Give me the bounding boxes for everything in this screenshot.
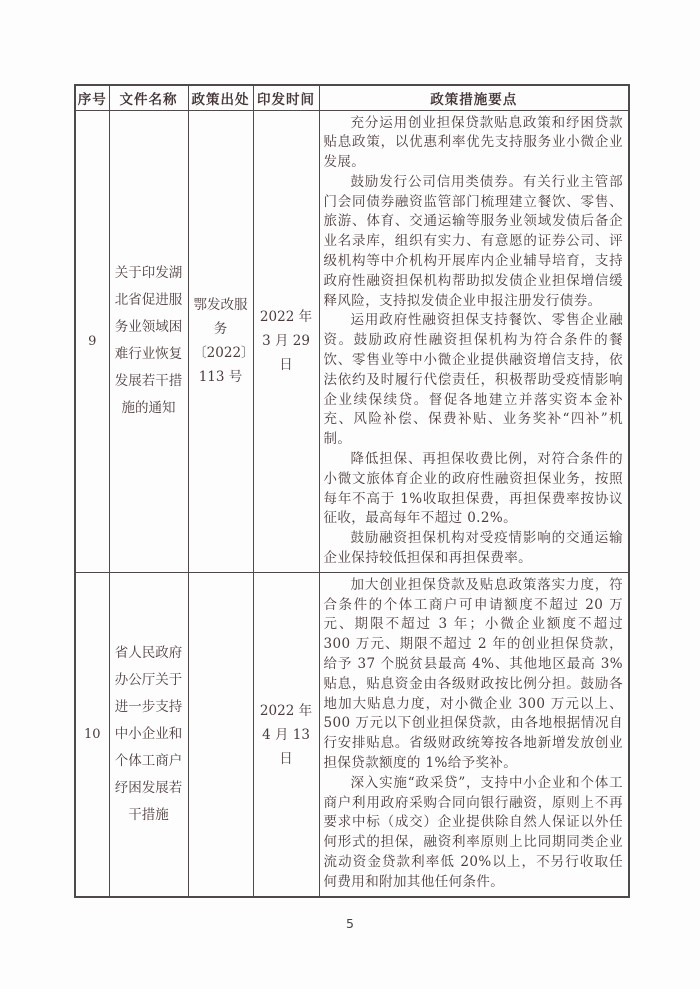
key-point-paragraph: 鼓励融资担保机构对受疫情影响的交通运输企业保持较低担保和再担保费率。 — [324, 529, 624, 569]
cell-issue-date: 2022 年 4 月 13 日 — [253, 572, 319, 897]
cell-file-name: 关于印发湖北省促进服务业领域困难行业恢复发展若干措施的通知 — [109, 110, 188, 572]
col-header-policy-source: 政策出处 — [188, 85, 253, 110]
key-point-paragraph: 加大创业担保贷款及贴息政策落实力度，符合条件的个体工商户可申请额度不超过 20 … — [324, 576, 624, 774]
table-row-9: 9 关于印发湖北省促进服务业领域困难行业恢复发展若干措施的通知 鄂发改服务〔20… — [75, 110, 629, 572]
cell-index: 10 — [75, 572, 109, 897]
cell-policy-source — [188, 572, 253, 897]
cell-policy-source: 鄂发改服务〔2022〕113 号 — [188, 110, 253, 572]
cell-key-points: 充分运用创业担保贷款贴息政策和纾困贷款贴息政策，以优惠利率优先支持服务业小微企业… — [319, 110, 629, 572]
cell-issue-date: 2022 年 3 月 29 日 — [253, 110, 319, 572]
cell-file-name: 省人民政府办公厅关于进一步支持中小企业和个体工商户纾困发展若干措施 — [109, 572, 188, 897]
header-row: 序号 文件名称 政策出处 印发时间 政策措施要点 — [75, 85, 629, 110]
col-header-issue-date: 印发时间 — [253, 85, 319, 110]
document-page: 序号 文件名称 政策出处 印发时间 政策措施要点 9 关于印发湖北省促进服务业领… — [0, 0, 700, 989]
cell-key-points: 加大创业担保贷款及贴息政策落实力度，符合条件的个体工商户可申请额度不超过 20 … — [319, 572, 629, 897]
cell-index: 9 — [75, 110, 109, 572]
key-point-paragraph: 充分运用创业担保贷款贴息政策和纾困贷款贴息政策，以优惠利率优先支持服务业小微企业… — [324, 114, 624, 173]
page-number: 5 — [0, 916, 700, 931]
policy-table: 序号 文件名称 政策出处 印发时间 政策措施要点 9 关于印发湖北省促进服务业领… — [74, 84, 630, 898]
col-header-key-points: 政策措施要点 — [319, 85, 629, 110]
key-point-paragraph: 降低担保、再担保收费比例，对符合条件的小微文旅体育企业的政府性融资担保业务，按照… — [324, 450, 624, 529]
key-point-paragraph: 鼓励发行公司信用类债券。有关行业主管部门会同债券融资监管部门梳理建立餐饮、零售、… — [324, 173, 624, 312]
col-header-index: 序号 — [75, 85, 109, 110]
col-header-file-name: 文件名称 — [109, 85, 188, 110]
key-point-paragraph: 深入实施“政采贷”，支持中小企业和个体工商户利用政府采购合同向银行融资，原则上不… — [324, 774, 624, 893]
key-point-paragraph: 运用政府性融资担保支持餐饮、零售企业融资。鼓励政府性融资担保机构为符合条件的餐饮… — [324, 311, 624, 450]
table-row-10: 10 省人民政府办公厅关于进一步支持中小企业和个体工商户纾困发展若干措施 202… — [75, 572, 629, 897]
